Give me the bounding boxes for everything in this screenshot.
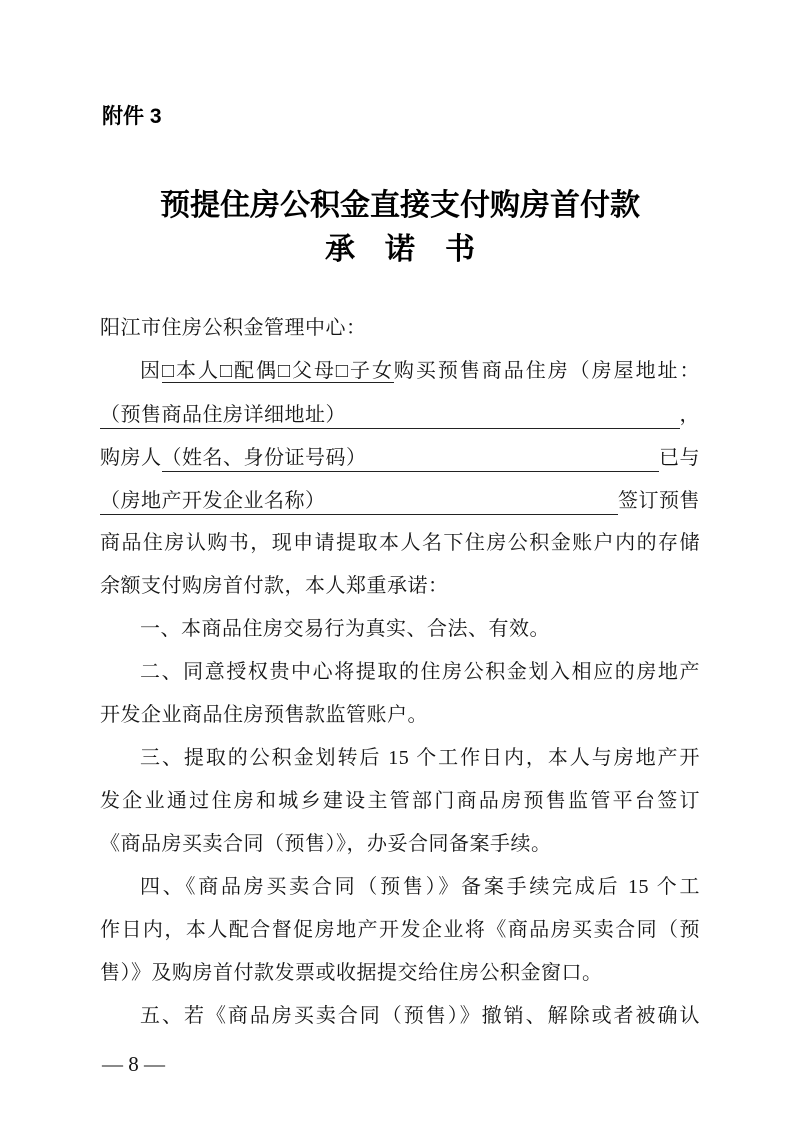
line-request-2: 余额支付购房首付款，本人郑重承诺： [100,565,700,608]
line-purchaser-relation: 因□本人□配偶□父母□子女购买预售商品住房（房屋地址： [100,350,700,393]
text-segment: ， [680,402,701,428]
text-segment: 因 [140,360,162,382]
commitment-3-line1: 三、提取的公积金划转后 15 个工作日内，本人与房地产开 [100,737,700,780]
line-request-1: 商品住房认购书，现申请提取本人名下住房公积金账户内的存储 [100,522,700,565]
text-segment: 《商品房买卖合同（预售）》，办妥合同备案手续。 [100,833,552,855]
document-body: 阳江市住房公积金管理中心：因□本人□配偶□父母□子女购买预售商品住房（房屋地址：… [100,307,700,1038]
text-segment: 五、若《商品房买卖合同（预售）》撤销、解除或者被确认 [140,1005,700,1027]
buyer-info-blank: （姓名、身份证号码） [162,445,660,472]
document-page: 附件 3 预提住房公积金直接支付购房首付款 承 诺 书 阳江市住房公积金管理中心… [0,0,800,1131]
text-segment: 售）》及购房首付款发票或收据提交给住房公积金窗口。 [100,962,603,984]
text-segment: 三、提取的公积金划转后 15 个工作日内，本人与房地产开 [140,747,700,769]
commitment-2-line2: 开发企业商品住房预售款监管账户。 [100,694,700,737]
line-developer-name: （房地产开发企业名称）签订预售 [100,479,700,522]
text-segment: 二、同意授权贵中心将提取的住房公积金划入相应的房地产 [140,661,700,683]
text-segment: 开发企业商品住房预售款监管账户。 [100,704,428,726]
commitment-1: 一、本商品住房交易行为真实、合法、有效。 [100,608,700,651]
text-segment: 四、《商品房买卖合同（预售）》备案手续完成后 15 个工 [140,876,700,898]
commitment-5-line1: 五、若《商品房买卖合同（预售）》撤销、解除或者被确认 [100,995,700,1038]
text-segment: 签订预售 [618,488,700,514]
document-title-line2: 承 诺 书 [0,228,800,272]
commitment-2-line1: 二、同意授权贵中心将提取的住房公积金划入相应的房地产 [100,651,700,694]
relation-checkbox-group: □本人□配偶□父母□子女 [162,360,394,383]
text-segment: 一、本商品住房交易行为真实、合法、有效。 [140,618,550,640]
commitment-4-line3: 售）》及购房首付款发票或收据提交给住房公积金窗口。 [100,952,700,995]
text-segment: 发企业通过住房和城乡建设主管部门商品房预售监管平台签订 [100,790,700,812]
line-presale-address: （预售商品住房详细地址）， [100,393,700,436]
text-segment: 购买预售商品住房（房屋地址： [394,360,700,382]
text-segment: 商品住房认购书，现申请提取本人名下住房公积金账户内的存储 [100,532,700,554]
document-title: 预提住房公积金直接支付购房首付款 承 诺 书 [0,184,800,272]
text-segment: 购房人 [100,445,162,471]
line-buyer-info: 购房人（姓名、身份证号码）已与 [100,436,700,479]
developer-name-blank: （房地产开发企业名称） [100,488,618,515]
commitment-4-line1: 四、《商品房买卖合同（预售）》备案手续完成后 15 个工 [100,866,700,909]
commitment-4-line2: 作日内，本人配合督促房地产开发企业将《商品房买卖合同（预 [100,909,700,952]
salutation: 阳江市住房公积金管理中心： [100,307,700,350]
text-segment: 已与 [659,445,700,471]
text-segment: 作日内，本人配合督促房地产开发企业将《商品房买卖合同（预 [100,919,700,941]
text-segment: 阳江市住房公积金管理中心： [100,317,367,339]
commitment-3-line3: 《商品房买卖合同（预售）》，办妥合同备案手续。 [100,823,700,866]
presale-address-blank: （预售商品住房详细地址） [100,402,680,429]
document-title-line1: 预提住房公积金直接支付购房首付款 [0,184,800,228]
attachment-label: 附件 3 [102,100,162,130]
text-segment: 余额支付购房首付款，本人郑重承诺： [100,575,449,597]
commitment-3-line2: 发企业通过住房和城乡建设主管部门商品房预售监管平台签订 [100,780,700,823]
page-number: — 8 — [102,1052,165,1077]
